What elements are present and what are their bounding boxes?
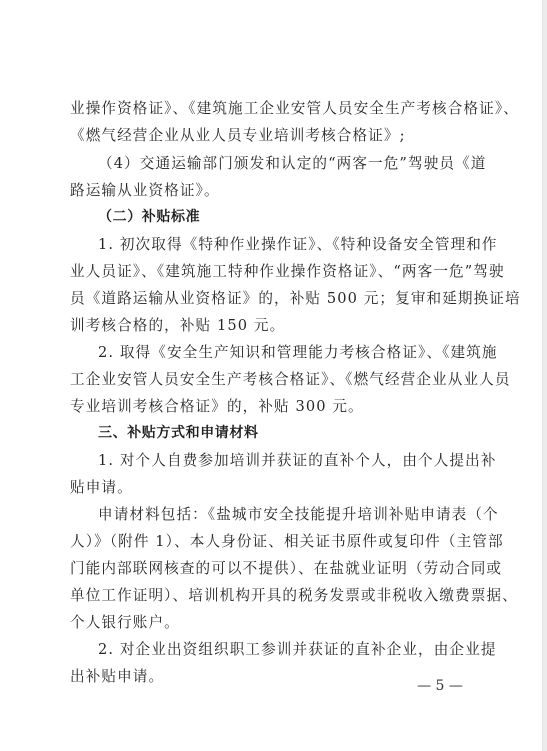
text-line: 个人银行账户。 xyxy=(70,609,470,636)
section-heading: （二）补贴标准 xyxy=(98,204,470,231)
text-line: 1. 初次取得《特种作业操作证》、《特种设备安全管理和作 xyxy=(98,231,470,258)
text-line: 申请材料包括：《盐城市安全技能提升培训补贴申请表（个 xyxy=(98,501,470,528)
text-line: 业操作资格证》、《建筑施工企业安管人员安全生产考核合格证》、 xyxy=(70,95,470,122)
text-line: 2. 对企业出资组织职工参训并获证的直补企业，由企业提 xyxy=(98,636,470,663)
text-line: 专业培训考核合格证》的，补贴 300 元。 xyxy=(70,393,470,420)
text-line: 业人员证》、《建筑施工特种作业操作资格证》、“两客一危”驾驶 xyxy=(70,258,470,285)
text-line: 工企业安管人员安全生产考核合格证》、《燃气经营企业从业人员 xyxy=(70,366,470,393)
text-line: 路运输从业资格证》。 xyxy=(70,177,470,204)
text-line: 1. 对个人自费参加培训并获证的直补个人，由个人提出补 xyxy=(98,447,470,474)
text-line: 训考核合格的，补贴 150 元。 xyxy=(70,312,470,339)
scrollbar-track[interactable] xyxy=(542,0,547,751)
page-number: — 5 — xyxy=(410,678,470,694)
text-line: 门能内部联网核查的可以不提供）、在盐就业证明（劳动合同或 xyxy=(70,555,470,582)
text-line: 《燃气经营企业从业人员专业培训考核合格证》; xyxy=(70,122,470,149)
text-line: 员《道路运输从业资格证》的，补贴 500 元；复审和延期换证培 xyxy=(70,285,470,312)
document-page: 业操作资格证》、《建筑施工企业安管人员安全生产考核合格证》、 《燃气经营企业从业… xyxy=(0,0,542,751)
text-line: 2. 取得《安全生产知识和管理能力考核合格证》、《建筑施 xyxy=(98,339,470,366)
text-line: 贴申请。 xyxy=(70,474,470,501)
text-line: 单位工作证明）、培训机构开具的税务发票或非税收入缴费票据、 xyxy=(70,582,470,609)
text-line: 人）》（附件 1）、本人身份证、相关证书原件或复印件（主管部 xyxy=(70,528,470,555)
text-line: （4）交通运输部门颁发和认定的“两客一危”驾驶员《道 xyxy=(98,150,470,177)
section-heading: 三、补贴方式和申请材料 xyxy=(98,420,470,447)
